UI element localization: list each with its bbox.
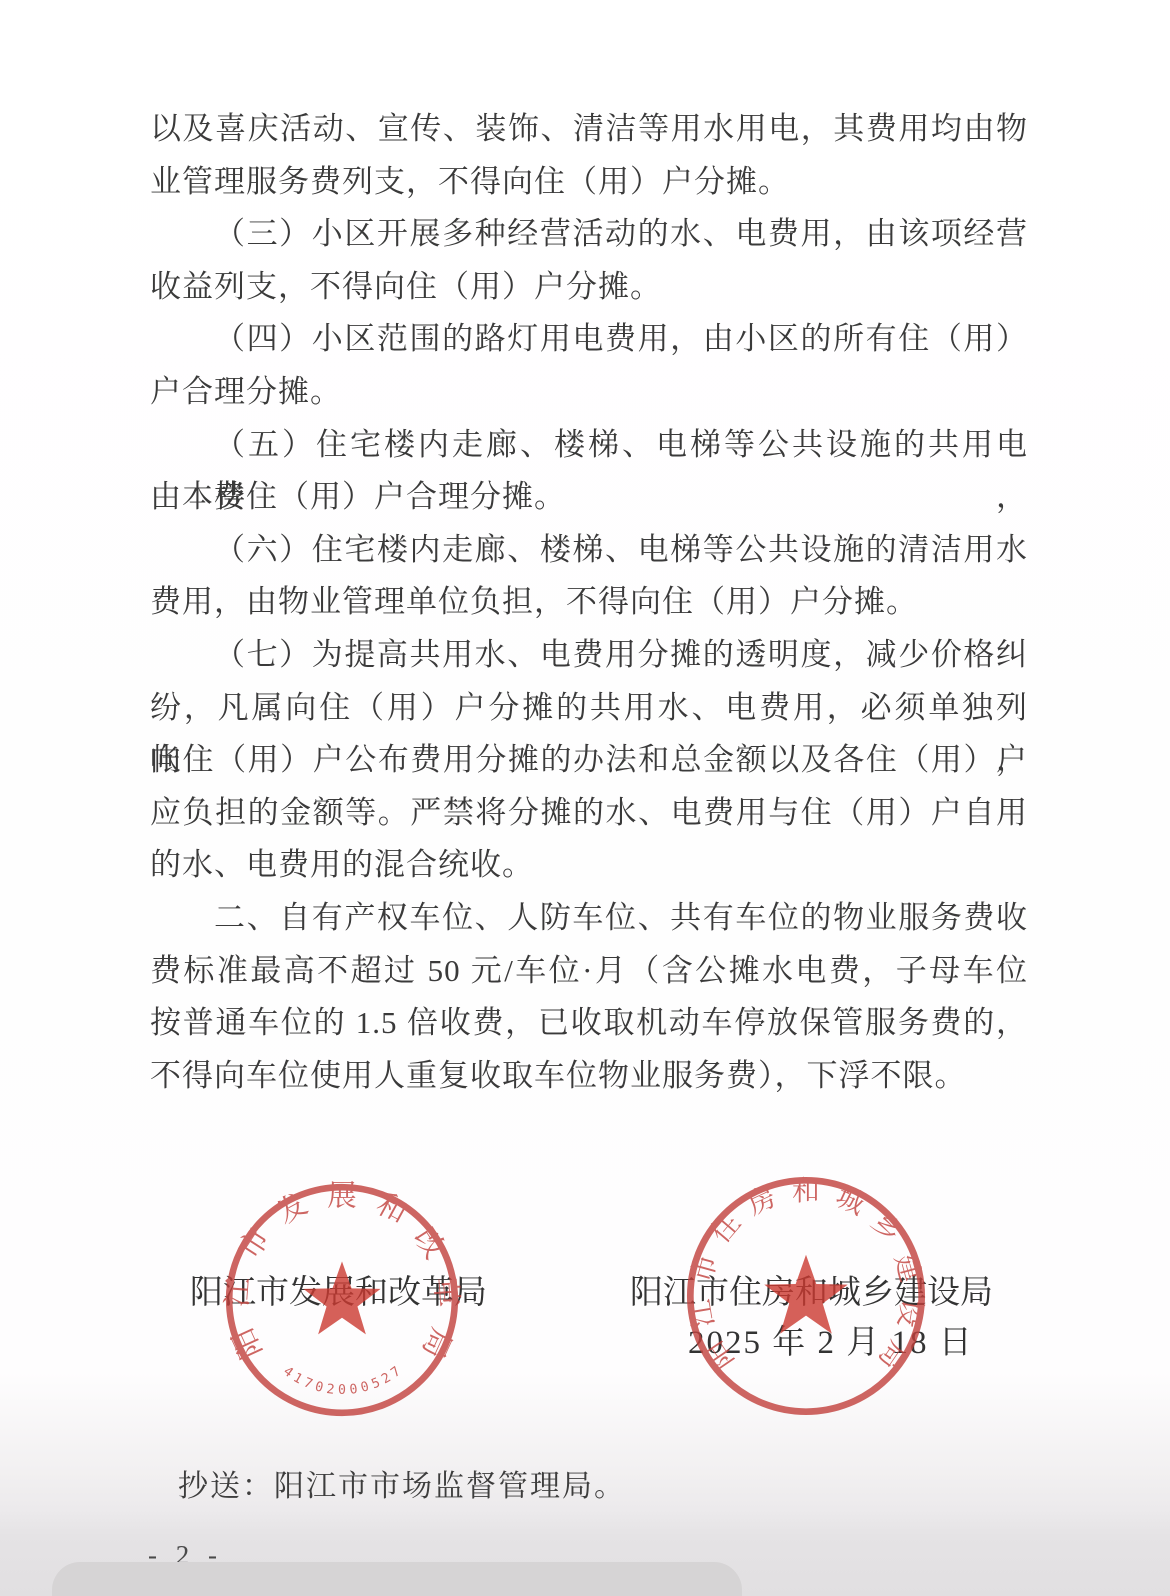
body-line: 纷，凡属向住（用）户分摊的共用水、电费用，必须单独列帐，	[150, 682, 1028, 735]
document-page: 以及喜庆活动、宣传、装饰、清洁等用水用电，其费用均由物业管理服务费列支，不得向住…	[0, 0, 1170, 1596]
body-line: （三）小区开展多种经营活动的水、电费用，由该项经营	[150, 208, 1028, 261]
body-line: 不得向车位使用人重复收取车位物业服务费），下浮不限。	[150, 1050, 1028, 1103]
body-line: （五）住宅楼内走廊、楼梯、电梯等公共设施的共用电费，	[150, 419, 1028, 472]
body-line: 收益列支，不得向住（用）户分摊。	[150, 261, 1028, 314]
body-line: 的水、电费用的混合统收。	[150, 839, 1028, 892]
star-icon	[303, 1261, 380, 1334]
body-line: 户合理分摊。	[150, 366, 1028, 419]
document-body: 以及喜庆活动、宣传、装饰、清洁等用水用电，其费用均由物业管理服务费列支，不得向住…	[150, 103, 1028, 1102]
body-line: 以及喜庆活动、宣传、装饰、清洁等用水用电，其费用均由物	[150, 103, 1028, 156]
official-seal-left: 阳江市发展和改革局 4417020005276	[220, 1176, 464, 1426]
cc-line: 抄送：阳江市市场监督管理局。	[178, 1461, 626, 1505]
body-line: 应负担的金额等。严禁将分摊的水、电费用与住（用）户自用	[150, 787, 1028, 840]
body-line: 按普通车位的 1.5 倍收费，已收取机动车停放保管服务费的，	[150, 997, 1028, 1050]
bottom-edge-object	[52, 1562, 742, 1596]
body-line: （六）住宅楼内走廊、楼梯、电梯等公共设施的清洁用水	[150, 524, 1028, 577]
body-line: 向住（用）户公布费用分摊的办法和总金额以及各住（用）户	[150, 734, 1028, 787]
body-line: （七）为提高共用水、电费用分摊的透明度，减少价格纠	[150, 629, 1028, 682]
scanned-document-page: { "body": { "lines": [ { "text": "以及喜庆活动…	[0, 0, 1170, 1596]
body-line: 费标准最高不超过 50 元/车位·月（含公摊水电费，子母车位	[150, 945, 1028, 998]
body-line: （四）小区范围的路灯用电费用，由小区的所有住（用）	[150, 313, 1028, 366]
body-line: 二、自有产权车位、人防车位、共有车位的物业服务费收	[150, 892, 1028, 945]
official-seal-right: 阳江市住房和城乡建设局	[682, 1170, 930, 1422]
body-line: 业管理服务费列支，不得向住（用）户分摊。	[150, 156, 1028, 209]
body-line: 费用，由物业管理单位负担，不得向住（用）户分摊。	[150, 576, 1028, 629]
star-icon	[764, 1255, 847, 1334]
